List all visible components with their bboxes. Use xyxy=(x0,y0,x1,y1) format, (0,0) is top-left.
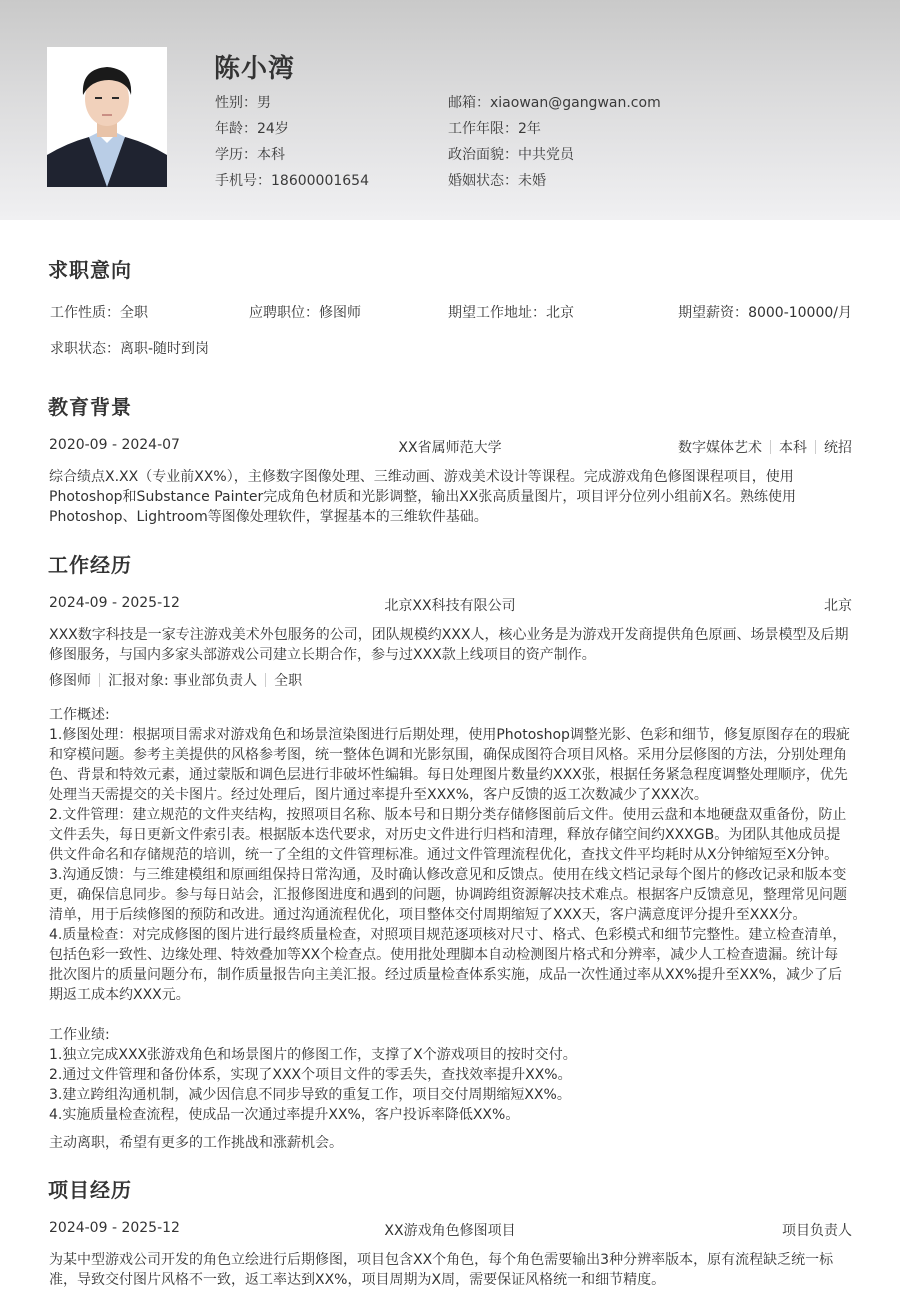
job-title: 修图师 xyxy=(49,673,91,689)
age-value: 24岁 xyxy=(257,121,289,137)
employment-type: 全职 xyxy=(274,673,302,689)
work-years-field: 工作年限：2年 xyxy=(448,118,661,144)
section-title-project: 项目经历 xyxy=(48,1174,852,1203)
position-label: 应聘职位： xyxy=(249,305,319,321)
project-name: XX游戏角色修图项目 xyxy=(48,1220,852,1240)
basic-info-right: 邮箱：xiaowan@gangwan.com 工作年限：2年 政治面貌：中共党员… xyxy=(448,92,661,196)
location-field: 期望工作地址：北京 xyxy=(448,302,574,322)
age-field: 年龄：24岁 xyxy=(215,118,369,144)
achievement-item: 3.建立跨组沟通机制，减少因信息不同步导致的重复工作，项目交付周期缩短XX%。 xyxy=(49,1085,852,1105)
work-tags: 修图师汇报对象: 事业部负责人全职 xyxy=(48,671,852,691)
company-name: 北京XX科技有限公司 xyxy=(48,595,852,615)
project-role: 项目负责人 xyxy=(782,1220,852,1240)
overview-item: 1.修图处理：根据项目需求对游戏角色和场景渲染图进行后期处理，使用Photosh… xyxy=(49,725,852,805)
overview-label: 工作概述: xyxy=(49,705,852,725)
divider xyxy=(265,673,266,687)
person-portrait-icon xyxy=(47,47,167,187)
education-description: 综合绩点X.XX（专业前XX%），主修数字图像处理、三维动画、游戏美术设计等课程… xyxy=(48,467,852,527)
gender-value: 男 xyxy=(257,95,271,111)
job-status-label: 求职状态： xyxy=(50,341,120,357)
overview-item: 3.沟通反馈：与三维建模组和原画组保持日常沟通，及时确认修改意见和反馈点。使用在… xyxy=(49,865,852,925)
salary-field: 期望薪资：8000-10000/月 xyxy=(678,302,852,322)
basic-info-left: 性别：男 年龄：24岁 学历：本科 手机号：18600001654 xyxy=(215,92,369,196)
divider xyxy=(99,673,100,687)
divider xyxy=(815,440,816,454)
position-field: 应聘职位：修图师 xyxy=(249,302,361,322)
report-to: 汇报对象: 事业部负责人 xyxy=(108,673,257,689)
work-achievements: 工作业绩: 1.独立完成XXX张游戏角色和场景图片的修图工作，支撑了X个游戏项目… xyxy=(48,1025,852,1125)
achievement-item: 4.实施质量检查流程，使成品一次通过率提升XX%，客户投诉率降低XX%。 xyxy=(49,1105,852,1125)
location-value: 北京 xyxy=(546,305,574,321)
job-status-value: 离职-随时到岗 xyxy=(120,341,209,357)
email-field: 邮箱：xiaowan@gangwan.com xyxy=(448,92,661,118)
degree-field: 学历：本科 xyxy=(215,144,369,170)
profile-header: 陈小湾 性别：男 年龄：24岁 学历：本科 手机号：18600001654 邮箱… xyxy=(0,0,900,220)
age-label: 年龄： xyxy=(215,121,257,137)
email-label: 邮箱： xyxy=(448,95,490,111)
job-type-label: 工作性质： xyxy=(50,305,120,321)
major: 数字媒体艺术 xyxy=(678,440,762,456)
marital-status-label: 婚姻状态： xyxy=(448,173,518,189)
achievements-label: 工作业绩: xyxy=(49,1025,852,1045)
work-years-value: 2年 xyxy=(518,121,541,137)
job-type-value: 全职 xyxy=(120,305,148,321)
overview-item: 2.文件管理：建立规范的文件夹结构，按照项目名称、版本号和日期分类存储修图前后文… xyxy=(49,805,852,865)
candidate-name: 陈小湾 xyxy=(214,48,295,85)
marital-status-value: 未婚 xyxy=(518,173,546,189)
political-status-field: 政治面貌：中共党员 xyxy=(448,144,661,170)
salary-label: 期望薪资： xyxy=(678,305,748,321)
enrollment-type: 统招 xyxy=(824,440,852,456)
education-section: 教育背景 2020-09 - 2024-07 XX省属师范大学 数字媒体艺术本科… xyxy=(48,391,852,527)
degree-value: 本科 xyxy=(257,147,285,163)
phone-value: 18600001654 xyxy=(271,173,369,189)
email-value: xiaowan@gangwan.com xyxy=(490,95,661,111)
salary-value: 8000-10000/月 xyxy=(748,305,852,321)
job-type-field: 工作性质：全职 xyxy=(50,302,148,322)
political-status-label: 政治面貌： xyxy=(448,147,518,163)
work-years-label: 工作年限： xyxy=(448,121,518,137)
job-status-field: 求职状态：离职-随时到岗 xyxy=(50,338,209,358)
location-label: 期望工作地址： xyxy=(448,305,546,321)
project-description: 为某中型游戏公司开发的角色立绘进行后期修图，项目包含XX个角色，每个角色需要输出… xyxy=(48,1250,852,1275)
gender-label: 性别： xyxy=(215,95,257,111)
divider xyxy=(770,440,771,454)
work-location: 北京 xyxy=(824,595,852,615)
education-meta: 2020-09 - 2024-07 XX省属师范大学 数字媒体艺术本科统招 xyxy=(48,437,852,459)
phone-label: 手机号： xyxy=(215,173,271,189)
company-intro: XXX数字科技是一家专注游戏美术外包服务的公司，团队规模约XXX人，核心业务是为… xyxy=(48,625,852,665)
leave-reason: 主动离职，希望有更多的工作挑战和涨薪机会。 xyxy=(48,1133,852,1153)
gender-field: 性别：男 xyxy=(215,92,369,118)
degree-level: 本科 xyxy=(779,440,807,456)
degree-label: 学历： xyxy=(215,147,257,163)
project-section: 项目经历 2024-09 - 2025-12 XX游戏角色修图项目 项目负责人 … xyxy=(48,1174,852,1275)
education-tags: 数字媒体艺术本科统招 xyxy=(678,437,852,457)
overview-item: 4.质量检查：对完成修图的图片进行最终质量检查，对照项目规范逐项核对尺寸、格式、… xyxy=(49,925,852,1005)
achievement-item: 2.通过文件管理和备份体系，实现了XXX个项目文件的零丢失，查找效率提升XX%。 xyxy=(49,1065,852,1085)
project-meta: 2024-09 - 2025-12 XX游戏角色修图项目 项目负责人 xyxy=(48,1220,852,1242)
position-value: 修图师 xyxy=(319,305,361,321)
section-title-job-intention: 求职意向 xyxy=(48,254,852,283)
job-intention-section: 求职意向 工作性质：全职 应聘职位：修图师 期望工作地址：北京 期望薪资：800… xyxy=(48,254,852,364)
achievement-item: 1.独立完成XXX张游戏角色和场景图片的修图工作，支撑了X个游戏项目的按时交付。 xyxy=(49,1045,852,1065)
phone-field: 手机号：18600001654 xyxy=(215,170,369,196)
work-section: 工作经历 2024-09 - 2025-12 北京XX科技有限公司 北京 XXX… xyxy=(48,549,852,1153)
work-overview: 工作概述: 1.修图处理：根据项目需求对游戏角色和场景渲染图进行后期处理，使用P… xyxy=(48,705,852,1005)
section-title-education: 教育背景 xyxy=(48,391,852,420)
political-status-value: 中共党员 xyxy=(518,147,574,163)
profile-photo xyxy=(47,47,167,187)
marital-status-field: 婚姻状态：未婚 xyxy=(448,170,661,196)
section-title-work: 工作经历 xyxy=(48,549,852,578)
work-meta: 2024-09 - 2025-12 北京XX科技有限公司 北京 xyxy=(48,595,852,617)
